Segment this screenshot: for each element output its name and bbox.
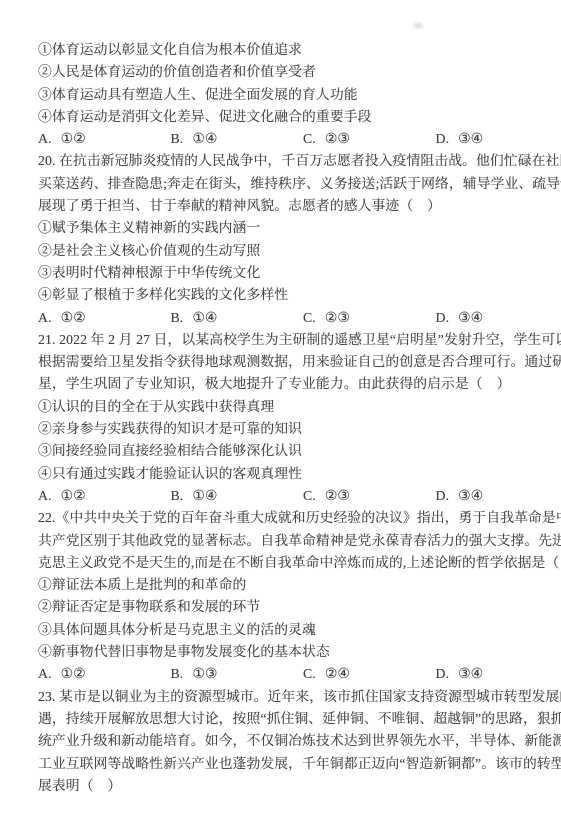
question-stem-line: 买菜送药、排查隐患;奔走在街头，维持秩序、义务接送;活跃于网络，辅导学业、疏导情… xyxy=(38,173,525,195)
statement-line: ②亲身参与实践获得的知识才是可靠的知识 xyxy=(38,418,525,440)
statement-line: ③表明时代精神根源于中华传统文化 xyxy=(38,262,525,284)
choice-b: B. ①④ xyxy=(171,485,304,507)
question-stem-line: 展现了勇于担当、甘于奉献的精神风貌。志愿者的感人事迹（ ） xyxy=(38,195,525,217)
choice-label: D. xyxy=(436,663,450,685)
question-22-block: 22.《中共中央关于党的百年奋斗重大成就和历史经验的决议》指出，勇于自我革命是中… xyxy=(38,507,525,685)
choice-value: ②③ xyxy=(325,307,350,329)
question-stem-line: 星，学生巩固了专业知识，极大地提升了专业能力。由此获得的启示是（ ） xyxy=(38,373,525,395)
exam-page: ①体育运动以彰显文化自信为根本价值追求 ②人民是体育运动的价值创造者和价值享受者… xyxy=(0,0,561,838)
statement-line: ④体育运动是消弭文化差异、促进文化融合的重要手段 xyxy=(38,106,525,128)
choice-row: A. ①② B. ①③ C. ②④ D. ③④ xyxy=(38,663,525,685)
choice-label: B. xyxy=(171,663,184,685)
statement-line: ①认识的目的全在于从实践中获得真理 xyxy=(38,396,525,418)
choice-value: ①② xyxy=(61,485,86,507)
question-23-block: 23. 某市是以铜业为主的资源型城市。近年来，该市抓住国家支持资源型城市转型发展… xyxy=(38,686,525,797)
choice-row: A. ①② B. ①④ C. ②③ D. ③④ xyxy=(38,128,525,150)
statement-line: ①赋予集体主义精神新的实践内涵一 xyxy=(38,217,525,239)
choice-value: ①④ xyxy=(192,128,217,150)
choice-b: B. ①③ xyxy=(171,663,304,685)
scan-artifact xyxy=(412,21,424,30)
choice-value: ①④ xyxy=(192,485,217,507)
choice-label: A. xyxy=(38,307,52,329)
choice-d: D. ③④ xyxy=(436,485,484,507)
question-stem-line: 工业互联网等战略性新兴产业也蓬勃发展，千年铜都正迈向“智造新铜都”。该市的转型发 xyxy=(38,753,525,775)
choice-c: C. ②③ xyxy=(303,485,436,507)
choice-label: B. xyxy=(171,485,184,507)
question-stem-line: 统产业升级和新动能培育。如今，不仅铜冶炼技术达到世界领先水平，半导体、新能源汽车… xyxy=(38,730,525,752)
choice-value: ①② xyxy=(61,128,86,150)
question-stem-line: 克思主义政党不是天生的,而是在不断自我革命中淬炼而成的,上述论断的哲学依据是（ … xyxy=(38,552,525,574)
choice-d: D. ③④ xyxy=(436,307,484,329)
question-stem-line: 根据需要给卫星发指令获得地球观测数据，用来验证自己的创意是否合理可行。通过研制卫 xyxy=(38,351,525,373)
choice-label: B. xyxy=(171,307,184,329)
question-stem-line: 遇，持续开展解放思想大讨论，按照“抓住铜、延伸铜、不唯铜、超越铜”的思路，狠抓传 xyxy=(38,708,525,730)
choice-label: C. xyxy=(303,663,316,685)
statement-line: ②是社会主义核心价值观的生动写照 xyxy=(38,240,525,262)
question-stem-line: 23. 某市是以铜业为主的资源型城市。近年来，该市抓住国家支持资源型城市转型发展… xyxy=(38,686,525,708)
choice-label: C. xyxy=(303,485,316,507)
question-19-block: ①体育运动以彰显文化自信为根本价值追求 ②人民是体育运动的价值创造者和价值享受者… xyxy=(38,39,525,150)
choice-value: ①③ xyxy=(192,663,217,685)
question-21-block: 21. 2022 年 2 月 27 日，以某高校学生为主研制的遥感卫星“启明星”… xyxy=(38,329,525,507)
choice-label: A. xyxy=(38,485,52,507)
choice-label: D. xyxy=(436,128,450,150)
choice-row: A. ①② B. ①④ C. ②③ D. ③④ xyxy=(38,485,525,507)
question-stem-line: 22.《中共中央关于党的百年奋斗重大成就和历史经验的决议》指出，勇于自我革命是中… xyxy=(38,507,525,529)
choice-value: ①④ xyxy=(192,307,217,329)
choice-c: C. ②③ xyxy=(303,307,436,329)
statement-line: ①辩证法本质上是批判的和革命的 xyxy=(38,574,525,596)
choice-b: B. ①④ xyxy=(171,128,304,150)
choice-c: C. ②③ xyxy=(303,128,436,150)
choice-b: B. ①④ xyxy=(171,307,304,329)
choice-label: C. xyxy=(303,128,316,150)
choice-a: A. ①② xyxy=(38,307,171,329)
choice-value: ①② xyxy=(61,307,86,329)
choice-label: B. xyxy=(171,128,184,150)
question-stem-line: 20. 在抗击新冠肺炎疫情的人民战争中，千百万志愿者投入疫情阻击战。他们忙碌在社… xyxy=(38,150,525,172)
choice-label: A. xyxy=(38,663,52,685)
question-20-block: 20. 在抗击新冠肺炎疫情的人民战争中，千百万志愿者投入疫情阻击战。他们忙碌在社… xyxy=(38,150,525,328)
choice-value: ③④ xyxy=(458,663,483,685)
statement-line: ②人民是体育运动的价值创造者和价值享受者 xyxy=(38,61,525,83)
choice-d: D. ③④ xyxy=(436,663,484,685)
statement-line: ③具体问题具体分析是马克思主义的活的灵魂 xyxy=(38,619,525,641)
choice-d: D. ③④ xyxy=(436,128,484,150)
choice-value: ②③ xyxy=(325,485,350,507)
choice-value: ③④ xyxy=(458,307,483,329)
choice-label: A. xyxy=(38,128,52,150)
question-stem-line: 共产党区别于其他政党的显著标志。自我革命精神是党永葆青春活力的强大支撑。先进的马 xyxy=(38,530,525,552)
choice-value: ②③ xyxy=(325,128,350,150)
statement-line: ④只有通过实践才能验证认识的客观真理性 xyxy=(38,463,525,485)
statement-line: ③间接经验同直接经验相结合能够深化认识 xyxy=(38,440,525,462)
choice-value: ①② xyxy=(61,663,86,685)
choice-value: ③④ xyxy=(458,485,483,507)
choice-label: C. xyxy=(303,307,316,329)
choice-a: A. ①② xyxy=(38,128,171,150)
statement-line: ③体育运动具有塑造人生、促进全面发展的育人功能 xyxy=(38,84,525,106)
question-stem-line: 展表明（ ） xyxy=(38,775,525,797)
choice-c: C. ②④ xyxy=(303,663,436,685)
question-stem-line: 21. 2022 年 2 月 27 日，以某高校学生为主研制的遥感卫星“启明星”… xyxy=(38,329,525,351)
choice-label: D. xyxy=(436,485,450,507)
statement-line: ②辩证否定是事物联系和发展的环节 xyxy=(38,596,525,618)
statement-line: ④彰显了根植于多样化实践的文化多样性 xyxy=(38,284,525,306)
statement-line: ①体育运动以彰显文化自信为根本价值追求 xyxy=(38,39,525,61)
choice-label: D. xyxy=(436,307,450,329)
statement-line: ④新事物代替旧事物是事物发展变化的基本状态 xyxy=(38,641,525,663)
choice-value: ②④ xyxy=(325,663,350,685)
choice-value: ③④ xyxy=(458,128,483,150)
choice-a: A. ①② xyxy=(38,663,171,685)
choice-row: A. ①② B. ①④ C. ②③ D. ③④ xyxy=(38,307,525,329)
choice-a: A. ①② xyxy=(38,485,171,507)
